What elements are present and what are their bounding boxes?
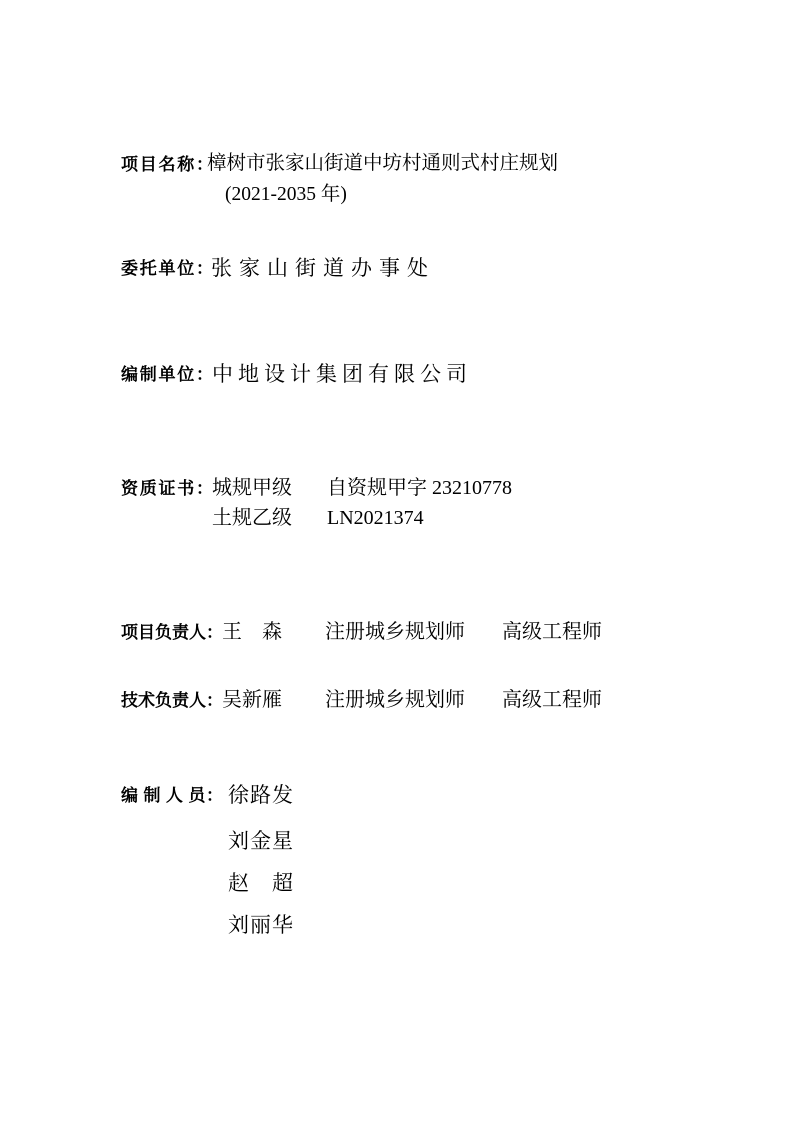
qualification-grade-2: 土规乙级 bbox=[212, 508, 292, 528]
preparer-label: 编制单位： bbox=[121, 366, 213, 383]
qualification-label: 资质证书： bbox=[121, 480, 213, 497]
project-leader-rank: 高级工程师 bbox=[502, 622, 602, 642]
technical-leader-rank: 高级工程师 bbox=[502, 690, 602, 710]
client-label: 委托单位： bbox=[121, 260, 213, 277]
preparer-value: 中地设计集团有限公司 bbox=[212, 364, 472, 385]
client-value: 张家山街道办事处 bbox=[211, 258, 435, 279]
technical-leader-name: 吴新雁 bbox=[222, 690, 282, 710]
technical-leader-title: 注册城乡规划师 bbox=[325, 690, 465, 710]
document-page: 项目名称： 樟树市张家山街道中坊村通则式村庄规划 (2021-2035 年) 委… bbox=[0, 0, 793, 1122]
qualification-number-1: 自资规甲字 23210778 bbox=[327, 478, 512, 498]
qualification-grade-1: 城规甲级 bbox=[212, 478, 292, 498]
technical-leader-label: 技术负责人： bbox=[121, 692, 213, 709]
staff-label: 编 制 人 员： bbox=[121, 787, 223, 804]
project-title-line2: (2021-2035 年) bbox=[225, 185, 347, 205]
project-leader-title: 注册城乡规划师 bbox=[325, 622, 465, 642]
qualification-number-2: LN2021374 bbox=[327, 508, 424, 528]
project-leader-label: 项目负责人： bbox=[121, 624, 213, 641]
project-name-label: 项目名称： bbox=[121, 156, 213, 173]
staff-member-1: 徐路发 bbox=[228, 785, 294, 806]
staff-member-2: 刘金星 bbox=[228, 831, 294, 852]
project-leader-name: 王 森 bbox=[222, 622, 282, 642]
staff-member-3: 赵 超 bbox=[228, 873, 294, 894]
staff-member-4: 刘丽华 bbox=[228, 915, 294, 936]
project-title-line1: 樟树市张家山街道中坊村通则式村庄规划 bbox=[207, 154, 558, 174]
